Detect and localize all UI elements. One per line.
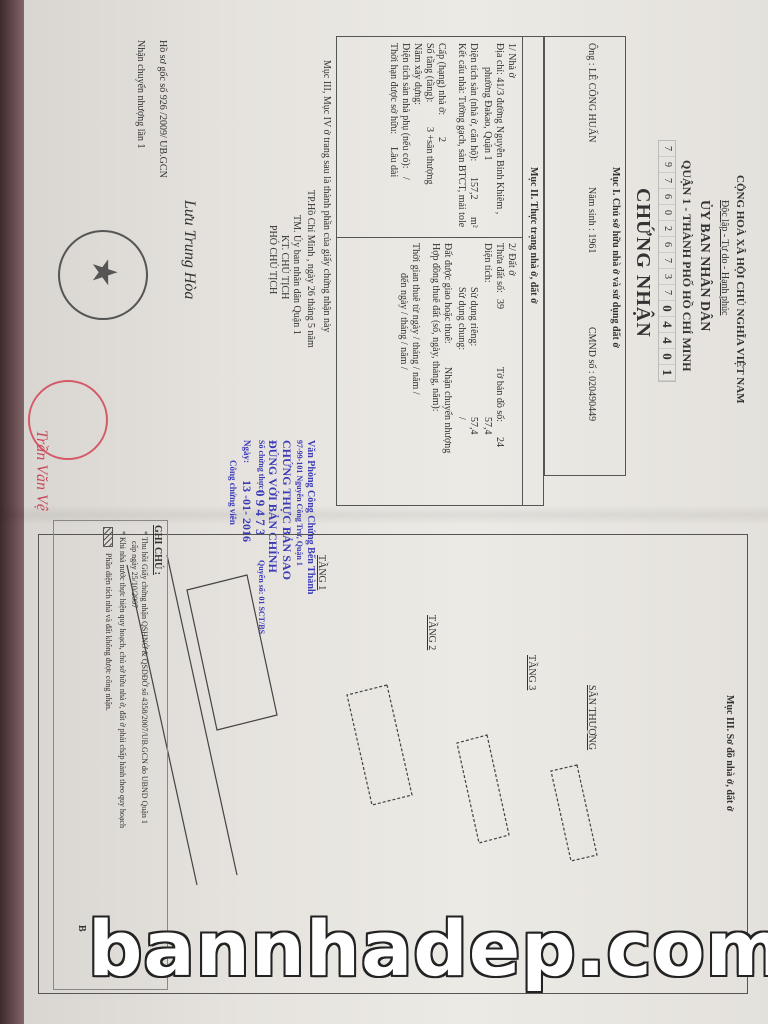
notary-date-label: Ngày: — [242, 440, 252, 463]
certificate-title: CHỨNG NHẬN — [631, 188, 654, 338]
id-number: CMND số : 020490449 — [586, 327, 597, 421]
shared-use-label: Sử dụng chung: — [456, 287, 467, 350]
serial-digit: 6 — [659, 189, 675, 205]
serial-digit: 6 — [659, 237, 675, 253]
serial-digit: 9 — [659, 157, 675, 173]
notary-cert-number: 0 9 4 7 3 — [252, 490, 268, 536]
aux-area-value: / — [400, 177, 411, 180]
continuation-note: Mục III, Mục IV ở trang sau là thành phầ… — [321, 60, 332, 332]
land-area-value: 57,4 — [482, 417, 493, 435]
notary-signer: Trần Văn Vệ — [32, 430, 50, 511]
note-item-1: * Thu hồi Giấy chứng nhận QSHNỞ & QSDĐỞ … — [140, 531, 149, 824]
year-built-label: Năm xây dựng: — [412, 43, 423, 105]
notary-role: Công chứng viên — [228, 460, 238, 525]
republic-header: CỘNG HOÀ XÃ HỘI CHỦ NGHĨA VIỆT NAM — [734, 175, 746, 403]
map-sheet-value: 24 — [494, 437, 505, 447]
aux-area-label: Diện tích sàn nhà phụ (nếu có): — [400, 43, 411, 169]
section-1-heading: Mục I. Chủ sở hữu nhà ở và sử dụng đất ở — [610, 167, 621, 348]
allocation-label: Đất được giao hoặc thuê: — [442, 243, 453, 344]
serial-digit: 4 — [659, 317, 675, 333]
certificate-page: CỘNG HOÀ XÃ HỘI CHỦ NGHĨA VIỆT NAM Độc l… — [24, 0, 768, 1024]
land-area-label: Diện tích: — [482, 243, 493, 283]
serial-digit: 0 — [659, 205, 675, 221]
birth-year: Năm sinh : 1961 — [586, 187, 597, 253]
serial-digit: 4 — [659, 333, 675, 349]
serial-digit: 7 — [659, 173, 675, 189]
private-use-value: 57,4 — [468, 417, 479, 435]
star-icon: ★ — [84, 257, 124, 287]
divider — [337, 237, 523, 238]
lease-contract-label: Hợp đồng thuê đất (số, ngày, tháng, năm)… — [430, 243, 441, 412]
note-item-1b: cấp ngày 25/10/2007 — [130, 541, 139, 608]
house-address-ward: phường Đakao, Quận 1 — [482, 67, 493, 160]
motto: Độc lập - Tự do - Hạnh phúc — [719, 200, 730, 315]
hatch-legend-icon — [103, 527, 113, 547]
parcel-value: 39 — [494, 299, 505, 309]
parcel-label: Thửa đất số: — [494, 243, 505, 293]
owner-name: Ông : LÊ CÔNG HUẤN — [586, 43, 597, 142]
floors-value: 3 +sân thượng — [424, 127, 435, 184]
serial-digit: 0 — [659, 301, 675, 317]
floor-area-label: Diện tích sàn (nhà ở, căn hộ): — [468, 43, 479, 161]
floor-area-value: 157,2 — [468, 177, 479, 200]
serial-digit: 7 — [659, 253, 675, 269]
watermark: bannhadep.com — [88, 904, 768, 993]
serial-number: 797602673704401 — [658, 140, 676, 382]
notary-cert-label: Số chứng thực: — [257, 440, 266, 492]
house-label: 1/ Nhà ở — [506, 43, 517, 78]
notary-date: 13 -01- 2016 — [239, 480, 254, 542]
shared-use-value: / — [456, 417, 467, 420]
divider — [522, 37, 523, 505]
ownership-term-label: Thời hạn được sở hữu: — [388, 43, 399, 134]
serial-digit: 7 — [659, 141, 675, 157]
house-structure: Kết cấu nhà: Tường gạch, sàn BTCT, mái t… — [456, 43, 467, 227]
committee-title: ỦY BAN NHÂN DÂN — [696, 200, 712, 331]
house-grade-value: 2 — [436, 137, 447, 142]
unit: m² — [468, 217, 479, 228]
kt-chair: KT. CHỦ TỊCH — [279, 235, 290, 299]
lease-to: đến ngày / tháng / năm / — [398, 273, 409, 370]
place-date: TP.Hồ Chí Minh , ngày 26 tháng 5 năm — [305, 190, 316, 348]
private-use-label: Sử dụng riêng: — [468, 287, 479, 346]
on-behalf: TM. Ủy ban nhân dân Quận 1 — [291, 215, 302, 335]
legend-text: Phần diện tích nhà và đất không được côn… — [104, 553, 113, 711]
serial-digit: 1 — [659, 365, 675, 381]
map-sheet-label: Tờ bản đồ số: — [494, 367, 505, 422]
lease-from: Thời gian thuê từ ngày / tháng / năm / — [410, 243, 421, 395]
house-grade-label: Cấp (hạng) nhà ở: — [436, 43, 447, 115]
note-item-2: * Khi nhà nước thực hiện quy hoạch, chủ … — [118, 531, 127, 828]
transfer-note: Nhận chuyển nhượng lần 1 — [135, 40, 146, 148]
section-1-box: Mục I. Chủ sở hữu nhà ở và sử dụng đất ở… — [544, 36, 626, 476]
notes-heading: GHI CHÚ : — [152, 525, 163, 575]
floors-label: Số tầng (tầng): — [424, 43, 435, 102]
district-title: QUẬN 1 - THÀNH PHỐ HỒ CHÍ MINH — [679, 160, 694, 371]
section-2-heading: Mục II. Thực trạng nhà ở, đất ở — [528, 167, 539, 304]
signer-name: Lưu Trung Hòa — [180, 200, 198, 299]
land-label: 2/ Đất ở — [506, 243, 517, 276]
serial-digit: 0 — [659, 349, 675, 365]
serial-digit: 2 — [659, 221, 675, 237]
section-2-box: Mục II. Thực trạng nhà ở, đất ở 1/ Nhà ở… — [336, 36, 544, 506]
vice-chair: PHÓ CHỦ TỊCH — [267, 225, 278, 294]
file-number: Hồ sơ gốc số 926 /2009/ UB.GCN — [157, 40, 168, 178]
committee-seal: ★ — [58, 230, 148, 320]
serial-digit: 7 — [659, 285, 675, 301]
ownership-term-value: Lâu dài — [388, 147, 399, 177]
allocation-value: Nhận chuyển nhượng — [442, 367, 453, 453]
serial-digit: 3 — [659, 269, 675, 285]
house-address: Địa chỉ: 41/3 đường Nguyễn Bỉnh Khiêm , — [494, 43, 505, 214]
